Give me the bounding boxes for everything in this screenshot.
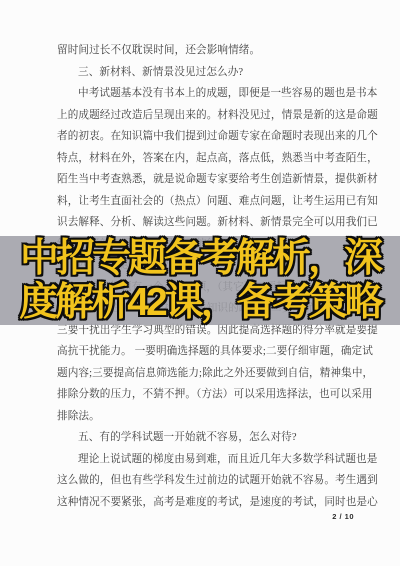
text-line: 识去解释、分析、解读这些问题。新材料、新情景完全可以用我们已 (57, 212, 347, 234)
text-line: 者的初衷。在知识篇中我们提到过命题专家在命题时表现出来的几个 (57, 126, 347, 148)
text-line: 高抗干扰能力。 一要明确选择题的具体要求;二要仔细审题，确定试 (57, 341, 347, 363)
text-line: 五、有的学科试题一开始就不容易，怎么对待? (57, 427, 347, 449)
text-line: 留时间过长不仅耽误时间，还会影响情绪。 (57, 40, 347, 62)
text-line: 排除法。 (57, 406, 347, 428)
document-page: 留时间过长不仅耽误时间，还会影响情绪。三、新材料、新情景没见过怎么办?中考试题基… (0, 0, 400, 566)
promo-overlay-banner: 中招专题备考解析，深 度解析42课，备考策略 (0, 236, 400, 325)
text-line: 陌生当中考查熟悉，就是说命题专家要给考生创造新情景，提供新材 (57, 169, 347, 191)
text-line: 排除分数的压力，不猜不押。（方法）可以采用选择法，也可以采用 (57, 384, 347, 406)
text-line: 特点，材料在外，答案在内，起点高，落点低，熟悉当中考查陌生， (57, 148, 347, 170)
text-line: 上的成题经过改造后呈现出来的。材料没见过，情景是新的这是命题 (57, 105, 347, 127)
text-line: 三、新材料、新情景没见过怎么办? (57, 62, 347, 84)
text-line: 这么做的，但也有些学科发生过前边的试题开始就不容易。考生遇到 (57, 470, 347, 492)
page-number: 2 / 10 (332, 512, 354, 521)
text-line: 题内容;三要提高信息筛选能力;除此之外还要做到自信，精神集中， (57, 363, 347, 385)
text-line: 料，让考生直面社会的（热点）问题、难点问题，让考生运用已有知 (57, 191, 347, 213)
text-line: 这种情况不要紧张，高考是难度的考试，是速度的考试，同时也是心 (57, 492, 347, 514)
text-line: 理论上说试题的梯度由易到难，而且近几年大多数学科试题也是 (57, 449, 347, 471)
promo-title-line-1: 中招专题备考解析，深 (20, 237, 380, 281)
text-line: 中考试题基本没有书本上的成题，即便是一些容易的题也是书本 (57, 83, 347, 105)
promo-title-line-2: 度解析42课，备考策略 (19, 281, 380, 325)
